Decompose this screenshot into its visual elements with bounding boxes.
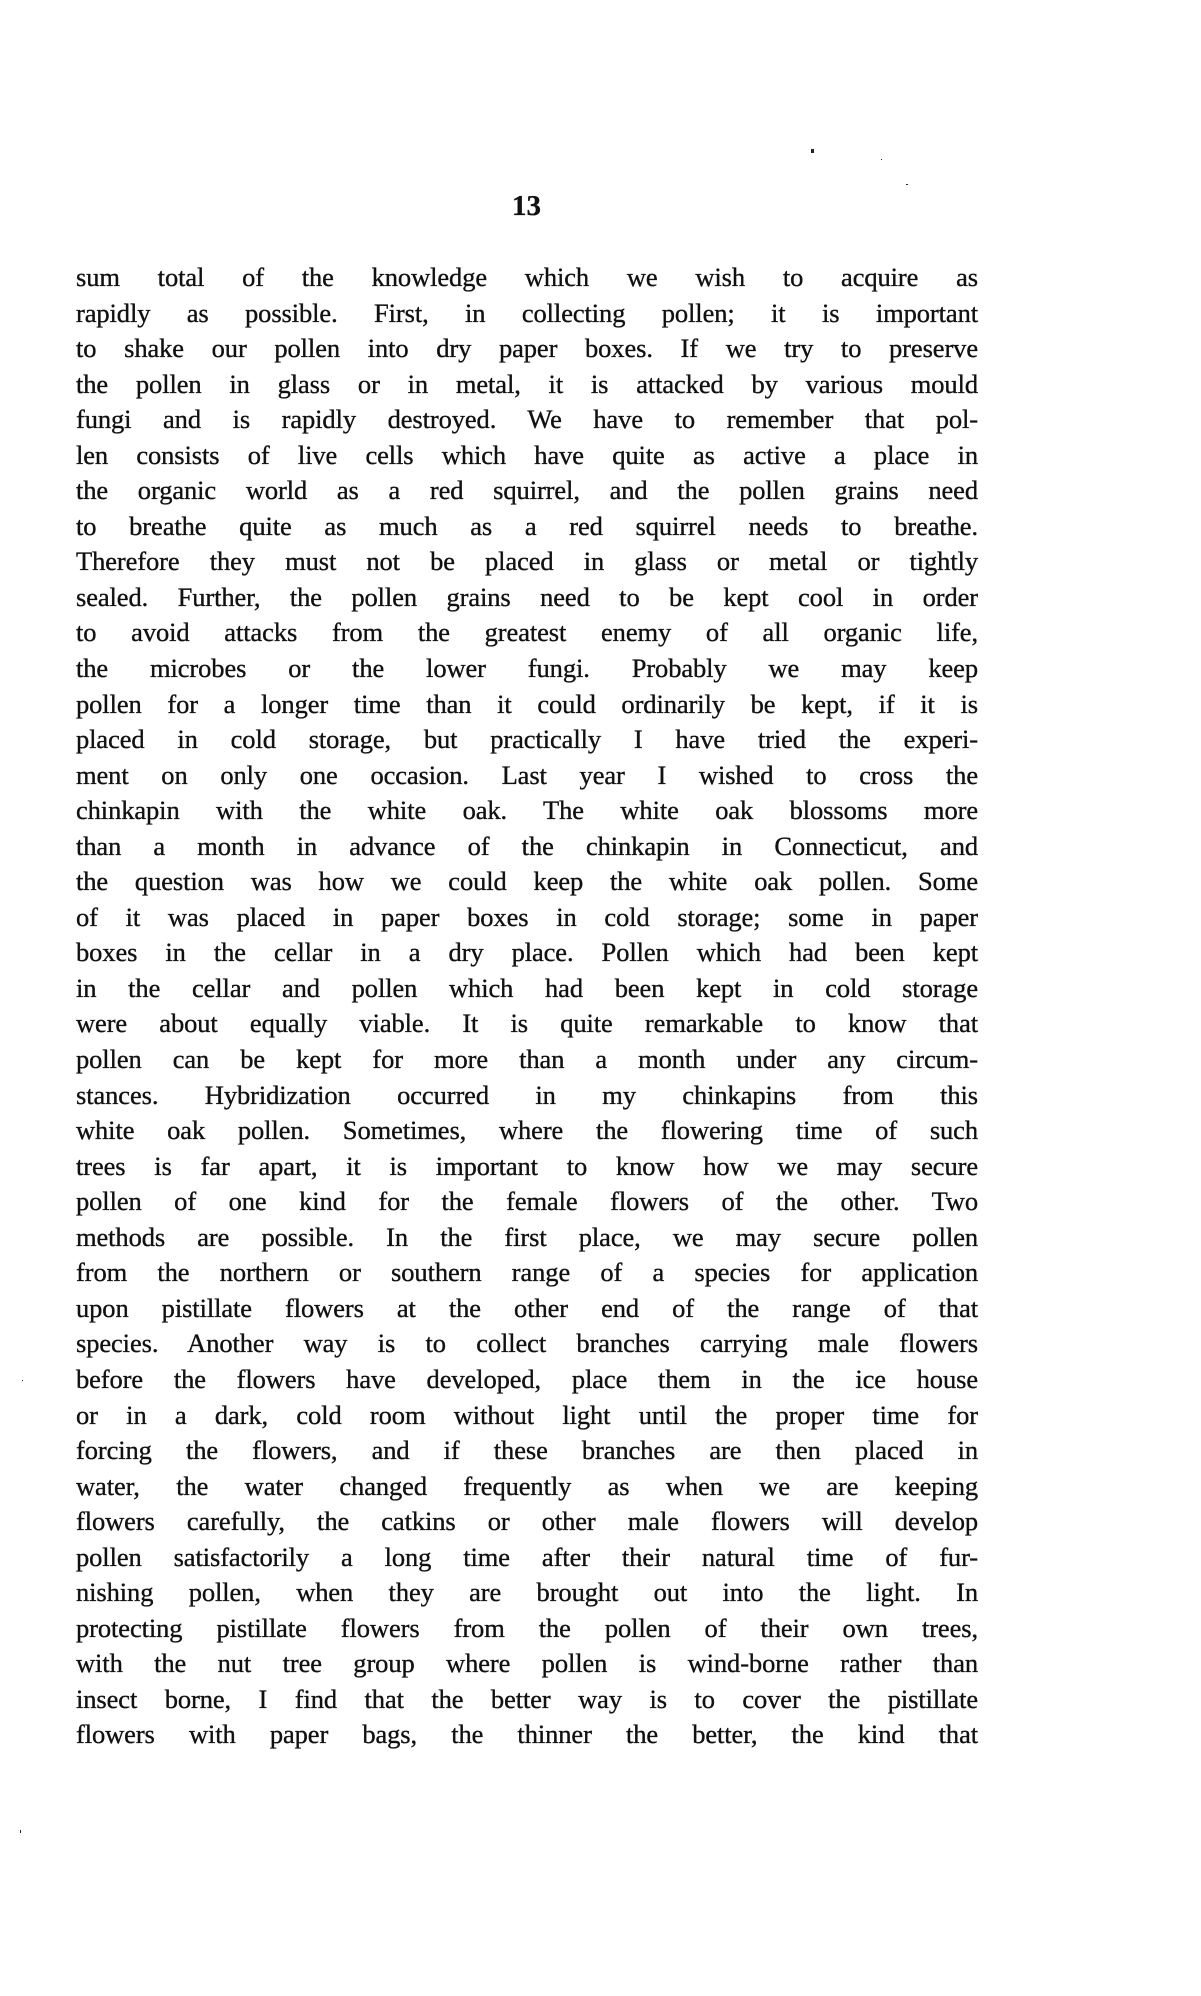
text-line: species. Another way is to collect branc…	[76, 1326, 978, 1362]
page-number: 13	[0, 190, 1053, 222]
text-line: insect borne, I find that the better way…	[76, 1682, 978, 1718]
text-line: flowers with paper bags, the thinner the…	[76, 1717, 978, 1753]
text-line: pollen can be kept for more than a month…	[76, 1042, 978, 1078]
text-line: fungi and is rapidly destroyed. We have …	[76, 402, 978, 438]
text-line: the pollen in glass or in metal, it is a…	[76, 367, 978, 403]
text-line: nishing pollen, when they are brought ou…	[76, 1575, 978, 1611]
text-line: to shake our pollen into dry paper boxes…	[76, 331, 978, 367]
text-line: flowers carefully, the catkins or other …	[76, 1504, 978, 1540]
text-line: Therefore they must not be placed in gla…	[76, 544, 978, 580]
text-line: sum total of the knowledge which we wish…	[76, 260, 978, 296]
text-line: ment on only one occasion. Last year I w…	[76, 758, 978, 794]
text-line: with the nut tree group where pollen is …	[76, 1646, 978, 1682]
text-line: pollen for a longer time than it could o…	[76, 687, 978, 723]
text-line: pollen satisfactorily a long time after …	[76, 1540, 978, 1576]
text-line: were about equally viable. It is quite r…	[76, 1006, 978, 1042]
text-line: rapidly as possible. First, in collectin…	[76, 296, 978, 332]
scan-speck	[22, 1380, 23, 1381]
text-line: than a month in advance of the chinkapin…	[76, 829, 978, 865]
scan-speck	[881, 159, 882, 160]
text-line: of it was placed in paper boxes in cold …	[76, 900, 978, 936]
text-line: white oak pollen. Sometimes, where the f…	[76, 1113, 978, 1149]
text-line: len consists of live cells which have qu…	[76, 438, 978, 474]
text-line: pollen of one kind for the female flower…	[76, 1184, 978, 1220]
scan-speck	[811, 149, 814, 153]
text-line: from the northern or southern range of a…	[76, 1255, 978, 1291]
text-line: before the flowers have developed, place…	[76, 1362, 978, 1398]
text-line: stances. Hybridization occurred in my ch…	[76, 1078, 978, 1114]
text-line: in the cellar and pollen which had been …	[76, 971, 978, 1007]
text-line: the question was how we could keep the w…	[76, 864, 978, 900]
body-text: sum total of the knowledge which we wish…	[76, 260, 978, 1753]
text-line: boxes in the cellar in a dry place. Poll…	[76, 935, 978, 971]
text-line: forcing the flowers, and if these branch…	[76, 1433, 978, 1469]
text-line: to avoid attacks from the greatest enemy…	[76, 615, 978, 651]
text-line: placed in cold storage, but practically …	[76, 722, 978, 758]
text-line: protecting pistillate flowers from the p…	[76, 1611, 978, 1647]
text-line: to breathe quite as much as a red squirr…	[76, 509, 978, 545]
text-line: sealed. Further, the pollen grains need …	[76, 580, 978, 616]
text-line: the microbes or the lower fungi. Probabl…	[76, 651, 978, 687]
text-line: the organic world as a red squirrel, and…	[76, 473, 978, 509]
scan-speck	[906, 184, 908, 185]
text-line: chinkapin with the white oak. The white …	[76, 793, 978, 829]
text-line: water, the water changed frequently as w…	[76, 1469, 978, 1505]
scan-speck	[20, 1830, 21, 1833]
text-line: upon pistillate flowers at the other end…	[76, 1291, 978, 1327]
text-line: or in a dark, cold room without light un…	[76, 1398, 978, 1434]
text-line: trees is far apart, it is important to k…	[76, 1149, 978, 1185]
text-line: methods are possible. In the first place…	[76, 1220, 978, 1256]
